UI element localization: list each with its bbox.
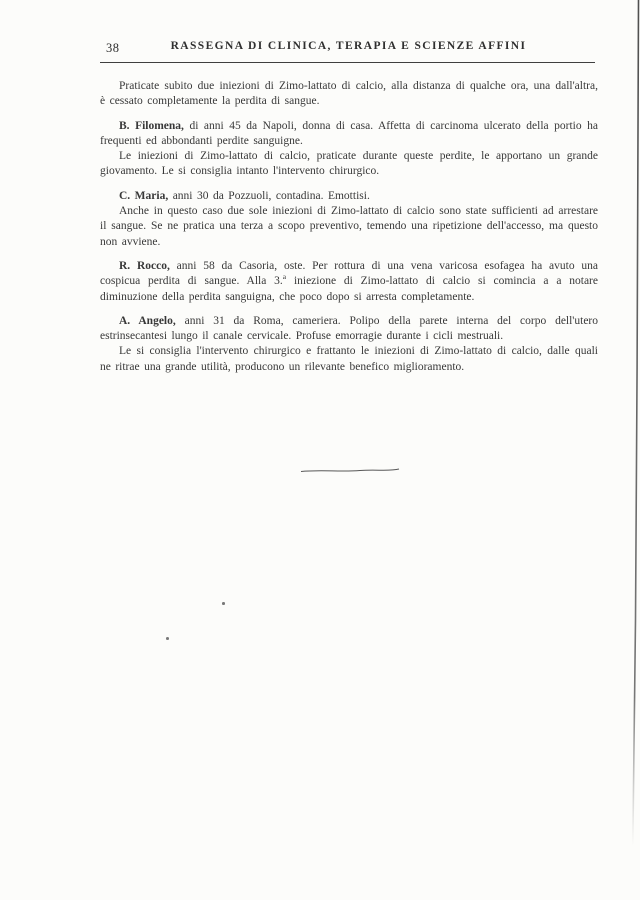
- paragraph-text: Le iniezioni di Zimo-lattato di calcio, …: [100, 150, 598, 177]
- paragraph: A. Angelo, anni 31 da Roma, cameriera. P…: [100, 314, 598, 345]
- journal-title: RASSEGNA DI CLINICA, TERAPIA E SCIENZE A…: [100, 40, 597, 52]
- page-header: 38 RASSEGNA DI CLINICA, TERAPIA E SCIENZ…: [100, 38, 597, 66]
- scanned-page: 38 RASSEGNA DI CLINICA, TERAPIA E SCIENZ…: [0, 0, 640, 900]
- paragraph: Le si consiglia l'intervento chirurgico …: [100, 344, 598, 375]
- paragraph: C. Maria, anni 30 da Pozzuoli, contadina…: [100, 189, 598, 204]
- paragraph: R. Rocco, anni 58 da Casoria, oste. Per …: [100, 259, 598, 305]
- case-name: B. Filomena,: [119, 120, 184, 132]
- paragraph-text: Anche in questo caso due sole iniezioni …: [100, 205, 598, 248]
- scan-speck: [222, 602, 225, 605]
- header-rule: [100, 62, 595, 63]
- case-name: C. Maria,: [119, 190, 168, 202]
- section-divider-rule: [298, 464, 402, 476]
- case-name: R. Rocco,: [119, 260, 170, 272]
- paragraph: B. Filomena, di anni 45 da Napoli, donna…: [100, 119, 598, 150]
- paragraph-text: anni 30 da Pozzuoli, contadina. Emottisi…: [168, 190, 370, 202]
- paragraph: Le iniezioni di Zimo-lattato di calcio, …: [100, 149, 598, 180]
- paragraph-text: Praticate subito due iniezioni di Zimo-l…: [100, 80, 598, 107]
- paragraph: Anche in questo caso due sole iniezioni …: [100, 204, 598, 250]
- case-name: A. Angelo,: [119, 315, 176, 327]
- paragraph-text: Le si consiglia l'intervento chirurgico …: [100, 345, 598, 372]
- article-body: Praticate subito due iniezioni di Zimo-l…: [100, 79, 598, 375]
- scan-speck: [166, 637, 169, 640]
- paragraph: Praticate subito due iniezioni di Zimo-l…: [100, 79, 598, 110]
